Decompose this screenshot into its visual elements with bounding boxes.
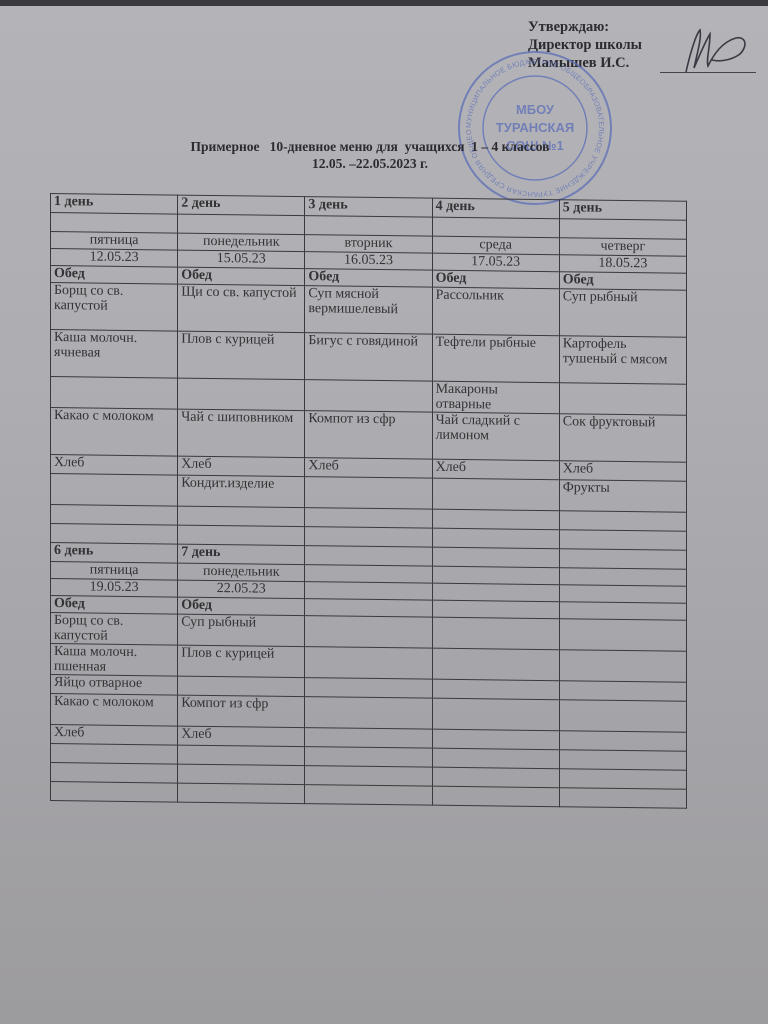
menu-cell	[559, 788, 686, 809]
menu-cell: Щи со св. капустой	[178, 284, 305, 333]
menu-cell: Обед	[305, 269, 432, 288]
menu-cell	[51, 763, 178, 784]
menu-cell	[178, 525, 305, 546]
menu-cell: Хлеб	[305, 458, 432, 479]
menu-cell: Хлеб	[51, 455, 178, 476]
menu-cell	[432, 698, 559, 731]
menu-cell	[51, 744, 178, 765]
menu-cell: 4 день	[432, 198, 559, 219]
menu-cell	[559, 619, 686, 652]
menu-cell: 17.05.23	[432, 253, 559, 272]
menu-cell: Сок фруктовый	[559, 414, 686, 463]
menu-cell	[305, 747, 432, 768]
menu-cell: Каша молочн. пшенная	[51, 644, 178, 677]
dish-row: Борщ со св. капустойЩи со св. капустойСу…	[51, 283, 687, 338]
menu-cell	[178, 764, 305, 785]
menu-cell: 16.05.23	[305, 252, 432, 271]
menu-cell	[432, 566, 559, 585]
menu-cell: Обед	[51, 596, 178, 615]
menu-cell	[178, 506, 305, 527]
menu-cell: Хлеб	[432, 459, 559, 480]
menu-cell: Борщ со св. капустой	[51, 283, 178, 332]
menu-cell: Фрукты	[559, 480, 686, 513]
menu-cell	[559, 750, 686, 771]
menu-cell	[559, 383, 686, 416]
menu-cell: Чай с шиповником	[178, 409, 305, 458]
photo-edge	[0, 0, 768, 6]
menu-cell	[305, 216, 432, 237]
menu-cell: Суп мясной вермишелевый	[305, 286, 432, 335]
menu-cell: 6 день	[51, 543, 178, 564]
menu-cell	[51, 505, 178, 526]
menu-cell	[559, 650, 686, 683]
menu-cell	[559, 511, 686, 532]
menu-cell	[178, 783, 305, 804]
menu-cell	[305, 546, 432, 567]
school-stamp-icon: МУНИЦИПАЛЬНОЕ БЮДЖЕТНОЕ ОБЩЕОБРАЗОВАТЕЛЬ…	[455, 48, 615, 208]
menu-cell	[559, 769, 686, 790]
menu-cell: пятница	[51, 562, 178, 581]
menu-cell	[432, 679, 559, 700]
menu-cell	[305, 678, 432, 699]
svg-text:МБОУ: МБОУ	[516, 102, 555, 117]
menu-cell: Плов с курицей	[178, 331, 305, 380]
svg-text:ТУРАНСКАЯ: ТУРАНСКАЯ	[496, 120, 574, 135]
menu-cell: Бигус с говядиной	[305, 333, 432, 382]
menu-period: 12.05. –22.05.2023 г.	[130, 155, 610, 172]
menu-cell	[432, 729, 559, 750]
menu-cell	[559, 681, 686, 702]
menu-cell	[432, 617, 559, 650]
menu-cell	[559, 585, 686, 604]
menu-cell: Плов с курицей	[178, 645, 305, 678]
menu-cell	[305, 599, 432, 618]
menu-cell	[559, 530, 686, 551]
menu-cell	[305, 527, 432, 548]
menu-cell	[305, 616, 432, 649]
menu-cell	[51, 474, 178, 507]
menu-cell: вторник	[305, 235, 432, 254]
menu-cell: Хлеб	[51, 725, 178, 746]
menu-cell	[51, 213, 178, 234]
menu-cell	[178, 214, 305, 235]
dish-row: Каша молочн. ячневаяПлов с курицейБигус …	[51, 330, 687, 385]
menu-cell	[432, 217, 559, 238]
menu-cell: Яйцо отварное	[51, 675, 178, 696]
menu-cell	[559, 549, 686, 570]
menu-cell	[305, 785, 432, 806]
menu-cell: Какао с молоком	[51, 694, 178, 727]
menu-cell: Тефтели рыбные	[432, 334, 559, 383]
menu-cell	[559, 219, 686, 240]
menu-cell	[305, 728, 432, 749]
menu-cell: понедельник	[178, 233, 305, 252]
menu-cell	[432, 478, 559, 511]
menu-cell	[178, 745, 305, 766]
menu-cell: Суп рыбный	[559, 289, 686, 338]
menu-cell: Обед	[51, 266, 178, 285]
menu-cell: 18.05.23	[559, 255, 686, 274]
menu-cell: Чай сладкий с лимоном	[432, 412, 559, 461]
menu-cell: 15.05.23	[178, 250, 305, 269]
menu-cell	[305, 508, 432, 529]
menu-cell: Рассольник	[432, 287, 559, 336]
menu-cell	[178, 676, 305, 697]
menu-cell	[432, 528, 559, 549]
menu-cell: Хлеб	[178, 456, 305, 477]
menu-cell: четверг	[559, 238, 686, 257]
menu-cell: Обед	[178, 267, 305, 286]
menu-cell: Обед	[559, 272, 686, 291]
menu-cell	[559, 602, 686, 621]
menu-cell	[432, 767, 559, 788]
menu-cell: Картофель тушеный с мясом	[559, 336, 686, 385]
menu-cell	[51, 377, 178, 410]
menu-cell	[559, 568, 686, 587]
dish-row: Какао с молокомЧай с шиповникомКомпот из…	[51, 408, 687, 463]
menu-cell: Суп рыбный	[178, 614, 305, 647]
menu-cell	[432, 583, 559, 602]
approval-heading: Утверждаю:	[528, 18, 642, 36]
menu-cell	[559, 700, 686, 733]
menu-cell: 22.05.23	[178, 580, 305, 599]
menu-cell	[305, 647, 432, 680]
menu-cell	[51, 782, 178, 803]
menu-cell: Обед	[432, 270, 559, 289]
menu-cell: Хлеб	[559, 461, 686, 482]
menu-cell: 1 день	[51, 194, 178, 215]
menu-cell: Компот из сфр	[178, 695, 305, 728]
menu-cell: Компот из сфр	[305, 411, 432, 460]
menu-cell	[432, 547, 559, 568]
menu-cell	[432, 648, 559, 681]
menu-cell	[178, 378, 305, 411]
menu-cell: 19.05.23	[51, 579, 178, 598]
menu-cell: Обед	[178, 597, 305, 616]
signature-icon	[680, 24, 750, 76]
menu-cell	[305, 477, 432, 510]
menu-title-line1: Примерное 10-дневное меню для учащихся 1…	[130, 138, 610, 155]
menu-cell	[305, 766, 432, 787]
menu-cell	[559, 731, 686, 752]
menu-cell: Хлеб	[178, 726, 305, 747]
menu-cell	[432, 786, 559, 807]
menu-cell: Кондит.изделие	[178, 475, 305, 508]
menu-cell: пятница	[51, 232, 178, 251]
menu-cell: Каша молочн. ячневая	[51, 330, 178, 379]
menu-cell: 5 день	[559, 200, 686, 221]
menu-cell	[305, 380, 432, 413]
menu-cell	[432, 600, 559, 619]
menu-table: 1 день2 день3 день4 день5 деньпятницапон…	[50, 193, 687, 809]
menu-cell	[51, 524, 178, 545]
menu-cell: Борщ со св. капустой	[51, 613, 178, 646]
menu-cell	[305, 582, 432, 601]
menu-cell	[305, 697, 432, 730]
menu-cell: понедельник	[178, 563, 305, 582]
menu-cell: 7 день	[178, 544, 305, 565]
menu-cell	[432, 748, 559, 769]
menu-cell: среда	[432, 236, 559, 255]
menu-cell: 3 день	[305, 197, 432, 218]
menu-cell: Макароны отварные	[432, 381, 559, 414]
menu-cell: Какао с молоком	[51, 408, 178, 457]
menu-cell: 12.05.23	[51, 249, 178, 268]
menu-cell: 2 день	[178, 195, 305, 216]
menu-cell	[305, 565, 432, 584]
menu-cell	[432, 509, 559, 530]
menu-title: Примерное 10-дневное меню для учащихся 1…	[130, 138, 610, 172]
